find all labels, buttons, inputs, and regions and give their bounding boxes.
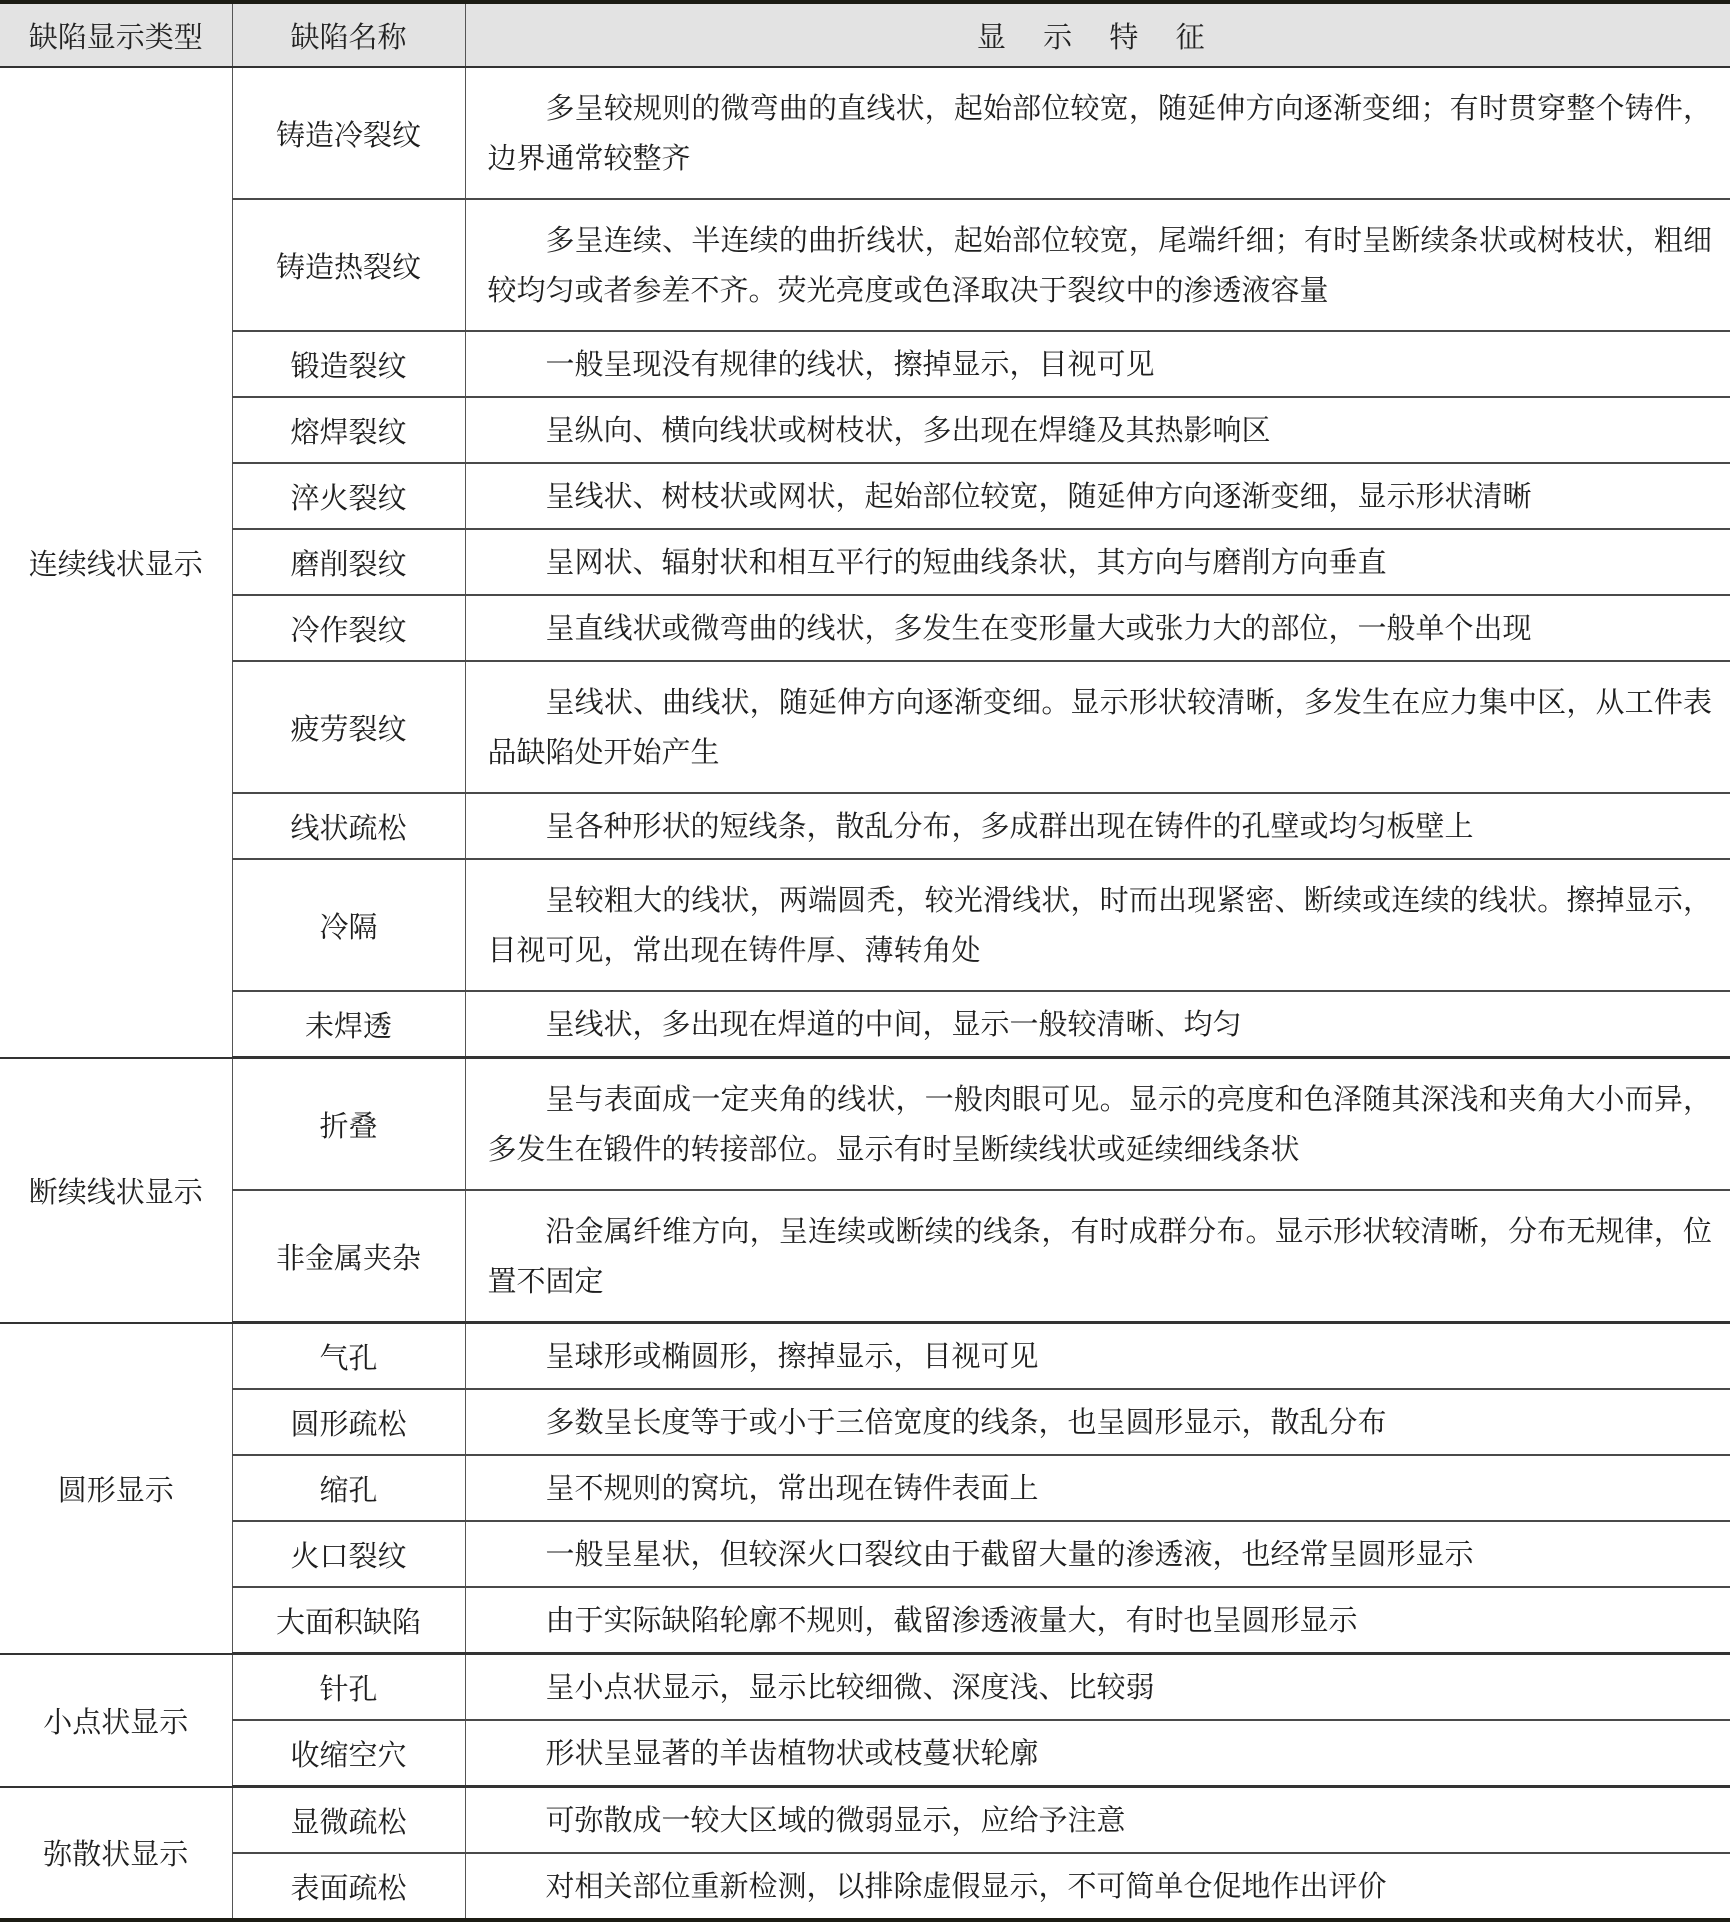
defect-desc-cell: 沿金属纤维方向，呈连续或断续的线条，有时成群分布。显示形状较清晰，分布无规律，位… [465,1190,1730,1323]
defect-desc-cell: 呈不规则的窝坑，常出现在铸件表面上 [465,1455,1730,1521]
table-row: 小点状显示 针孔 呈小点状显示，显示比较细微、深度浅、比较弱 [0,1654,1730,1721]
defect-desc-cell: 呈小点状显示，显示比较细微、深度浅、比较弱 [465,1654,1730,1721]
defect-name-cell: 圆形疏松 [232,1389,465,1455]
defect-name-cell: 铸造热裂纹 [232,199,465,331]
defect-name-cell: 未焊透 [232,991,465,1058]
table-row: 熔焊裂纹 呈纵向、横向线状或树枝状，多出现在焊缝及其热影响区 [0,397,1730,463]
defect-desc-cell: 呈线状、树枝状或网状，起始部位较宽，随延伸方向逐渐变细，显示形状清晰 [465,463,1730,529]
defect-name-cell: 淬火裂纹 [232,463,465,529]
defect-desc-text: 沿金属纤维方向，呈连续或断续的线条，有时成群分布。显示形状较清晰，分布无规律，位… [488,1206,1713,1306]
defect-desc-text: 多呈连续、半连续的曲折线状，起始部位较宽，尾端纤细；有时呈断续条状或树枝状，粗细… [488,215,1713,315]
header-row: 缺陷显示类型 缺陷名称 显 示 特 征 [0,2,1730,67]
table-row: 疲劳裂纹 呈线状、曲线状，随延伸方向逐渐变细。显示形状较清晰，多发生在应力集中区… [0,661,1730,793]
table-row: 收缩空穴 形状呈显著的羊齿植物状或枝蔓状轮廓 [0,1720,1730,1787]
header-defect-name: 缺陷名称 [232,2,465,67]
defect-desc-cell: 可弥散成一较大区域的微弱显示，应给予注意 [465,1787,1730,1854]
defect-desc-cell: 呈线状、曲线状，随延伸方向逐渐变细。显示形状较清晰，多发生在应力集中区，从工件表… [465,661,1730,793]
defect-name-cell: 气孔 [232,1323,465,1390]
table-row: 线状疏松 呈各种形状的短线条，散乱分布，多成群出现在铸件的孔壁或均匀板壁上 [0,793,1730,859]
table-row: 锻造裂纹 一般呈现没有规律的线状，擦掉显示，目视可见 [0,331,1730,397]
defect-desc-text: 呈线状、曲线状，随延伸方向逐渐变细。显示形状较清晰，多发生在应力集中区，从工件表… [488,677,1713,777]
defect-desc-cell: 呈纵向、横向线状或树枝状，多出现在焊缝及其热影响区 [465,397,1730,463]
table-row: 冷隔 呈较粗大的线状，两端圆秃，较光滑线状，时而出现紧密、断续或连续的线状。擦掉… [0,859,1730,991]
table-row: 铸造热裂纹 多呈连续、半连续的曲折线状，起始部位较宽，尾端纤细；有时呈断续条状或… [0,199,1730,331]
defect-desc-cell: 多呈连续、半连续的曲折线状，起始部位较宽，尾端纤细；有时呈断续条状或树枝状，粗细… [465,199,1730,331]
defect-desc-cell: 呈各种形状的短线条，散乱分布，多成群出现在铸件的孔壁或均匀板壁上 [465,793,1730,859]
group-type-cell: 连续线状显示 [0,67,232,1058]
defect-display-table: 缺陷显示类型 缺陷名称 显 示 特 征 连续线状显示 铸造冷裂纹 多呈较规则的微… [0,0,1730,1922]
defect-desc-text: 呈各种形状的短线条，散乱分布，多成群出现在铸件的孔壁或均匀板壁上 [488,801,1713,851]
table-row: 弥散状显示 显微疏松 可弥散成一较大区域的微弱显示，应给予注意 [0,1787,1730,1854]
header-defect-type: 缺陷显示类型 [0,2,232,67]
defect-name-cell: 表面疏松 [232,1853,465,1920]
defect-desc-text: 呈纵向、横向线状或树枝状，多出现在焊缝及其热影响区 [488,405,1713,455]
table-row: 非金属夹杂 沿金属纤维方向，呈连续或断续的线条，有时成群分布。显示形状较清晰，分… [0,1190,1730,1323]
defect-desc-cell: 形状呈显著的羊齿植物状或枝蔓状轮廓 [465,1720,1730,1787]
header-display-features: 显 示 特 征 [465,2,1730,67]
group-type-cell: 小点状显示 [0,1654,232,1787]
defect-desc-text: 呈球形或椭圆形，擦掉显示，目视可见 [488,1331,1713,1381]
defect-desc-cell: 对相关部位重新检测，以排除虚假显示，不可简单仓促地作出评价 [465,1853,1730,1920]
defect-name-cell: 缩孔 [232,1455,465,1521]
defect-desc-text: 由于实际缺陷轮廓不规则，截留渗透液量大，有时也呈圆形显示 [488,1595,1713,1645]
table-row: 圆形显示 气孔 呈球形或椭圆形，擦掉显示，目视可见 [0,1323,1730,1390]
table-row: 火口裂纹 一般呈星状，但较深火口裂纹由于截留大量的渗透液，也经常呈圆形显示 [0,1521,1730,1587]
group-type-cell: 断续线状显示 [0,1058,232,1323]
defect-name-cell: 冷隔 [232,859,465,991]
table-row: 大面积缺陷 由于实际缺陷轮廓不规则，截留渗透液量大，有时也呈圆形显示 [0,1587,1730,1654]
defect-desc-text: 多数呈长度等于或小于三倍宽度的线条，也呈圆形显示，散乱分布 [488,1397,1713,1447]
defect-desc-text: 可弥散成一较大区域的微弱显示，应给予注意 [488,1795,1713,1845]
defect-name-cell: 锻造裂纹 [232,331,465,397]
defect-desc-cell: 一般呈星状，但较深火口裂纹由于截留大量的渗透液，也经常呈圆形显示 [465,1521,1730,1587]
table-row: 未焊透 呈线状，多出现在焊道的中间，显示一般较清晰、均匀 [0,991,1730,1058]
defect-desc-cell: 呈与表面成一定夹角的线状，一般肉眼可见。显示的亮度和色泽随其深浅和夹角大小而异，… [465,1058,1730,1191]
defect-name-cell: 显微疏松 [232,1787,465,1854]
defect-desc-text: 呈网状、辐射状和相互平行的短曲线条状，其方向与磨削方向垂直 [488,537,1713,587]
table-row: 表面疏松 对相关部位重新检测，以排除虚假显示，不可简单仓促地作出评价 [0,1853,1730,1920]
defect-desc-cell: 呈线状，多出现在焊道的中间，显示一般较清晰、均匀 [465,991,1730,1058]
defect-desc-cell: 多数呈长度等于或小于三倍宽度的线条，也呈圆形显示，散乱分布 [465,1389,1730,1455]
defect-desc-cell: 呈网状、辐射状和相互平行的短曲线条状，其方向与磨削方向垂直 [465,529,1730,595]
defect-desc-cell: 多呈较规则的微弯曲的直线状，起始部位较宽，随延伸方向逐渐变细；有时贯穿整个铸件，… [465,67,1730,199]
defect-desc-text: 呈线状、树枝状或网状，起始部位较宽，随延伸方向逐渐变细，显示形状清晰 [488,471,1713,521]
table-row: 冷作裂纹 呈直线状或微弯曲的线状，多发生在变形量大或张力大的部位，一般单个出现 [0,595,1730,661]
table-row: 磨削裂纹 呈网状、辐射状和相互平行的短曲线条状，其方向与磨削方向垂直 [0,529,1730,595]
table-row: 淬火裂纹 呈线状、树枝状或网状，起始部位较宽，随延伸方向逐渐变细，显示形状清晰 [0,463,1730,529]
defect-desc-text: 呈线状，多出现在焊道的中间，显示一般较清晰、均匀 [488,999,1713,1049]
defect-name-cell: 熔焊裂纹 [232,397,465,463]
defect-desc-text: 多呈较规则的微弯曲的直线状，起始部位较宽，随延伸方向逐渐变细；有时贯穿整个铸件，… [488,83,1713,183]
defect-desc-text: 呈不规则的窝坑，常出现在铸件表面上 [488,1463,1713,1513]
defect-desc-text: 呈小点状显示，显示比较细微、深度浅、比较弱 [488,1662,1713,1712]
defect-name-cell: 磨削裂纹 [232,529,465,595]
group-type-cell: 圆形显示 [0,1323,232,1654]
defect-desc-cell: 一般呈现没有规律的线状，擦掉显示，目视可见 [465,331,1730,397]
defect-desc-text: 一般呈现没有规律的线状，擦掉显示，目视可见 [488,339,1713,389]
table-row: 连续线状显示 铸造冷裂纹 多呈较规则的微弯曲的直线状，起始部位较宽，随延伸方向逐… [0,67,1730,199]
defect-name-cell: 折叠 [232,1058,465,1191]
defect-name-cell: 大面积缺陷 [232,1587,465,1654]
defect-name-cell: 冷作裂纹 [232,595,465,661]
defect-name-cell: 针孔 [232,1654,465,1721]
defect-name-cell: 非金属夹杂 [232,1190,465,1323]
defect-desc-text: 一般呈星状，但较深火口裂纹由于截留大量的渗透液，也经常呈圆形显示 [488,1529,1713,1579]
defect-desc-text: 呈较粗大的线状，两端圆秃，较光滑线状，时而出现紧密、断续或连续的线状。擦掉显示，… [488,875,1713,975]
defect-desc-cell: 呈较粗大的线状，两端圆秃，较光滑线状，时而出现紧密、断续或连续的线状。擦掉显示，… [465,859,1730,991]
defect-desc-text: 呈与表面成一定夹角的线状，一般肉眼可见。显示的亮度和色泽随其深浅和夹角大小而异，… [488,1074,1713,1174]
table-row: 缩孔 呈不规则的窝坑，常出现在铸件表面上 [0,1455,1730,1521]
defect-name-cell: 火口裂纹 [232,1521,465,1587]
defect-desc-cell: 呈直线状或微弯曲的线状，多发生在变形量大或张力大的部位，一般单个出现 [465,595,1730,661]
defect-desc-text: 对相关部位重新检测，以排除虚假显示，不可简单仓促地作出评价 [488,1861,1713,1911]
table-row: 圆形疏松 多数呈长度等于或小于三倍宽度的线条，也呈圆形显示，散乱分布 [0,1389,1730,1455]
table-row: 断续线状显示 折叠 呈与表面成一定夹角的线状，一般肉眼可见。显示的亮度和色泽随其… [0,1058,1730,1191]
defect-desc-text: 呈直线状或微弯曲的线状，多发生在变形量大或张力大的部位，一般单个出现 [488,603,1713,653]
group-type-cell: 弥散状显示 [0,1787,232,1921]
defect-name-cell: 线状疏松 [232,793,465,859]
defect-name-cell: 疲劳裂纹 [232,661,465,793]
defect-name-cell: 铸造冷裂纹 [232,67,465,199]
defect-desc-cell: 由于实际缺陷轮廓不规则，截留渗透液量大，有时也呈圆形显示 [465,1587,1730,1654]
defect-desc-text: 形状呈显著的羊齿植物状或枝蔓状轮廓 [488,1728,1713,1778]
defect-name-cell: 收缩空穴 [232,1720,465,1787]
defect-desc-cell: 呈球形或椭圆形，擦掉显示，目视可见 [465,1323,1730,1390]
